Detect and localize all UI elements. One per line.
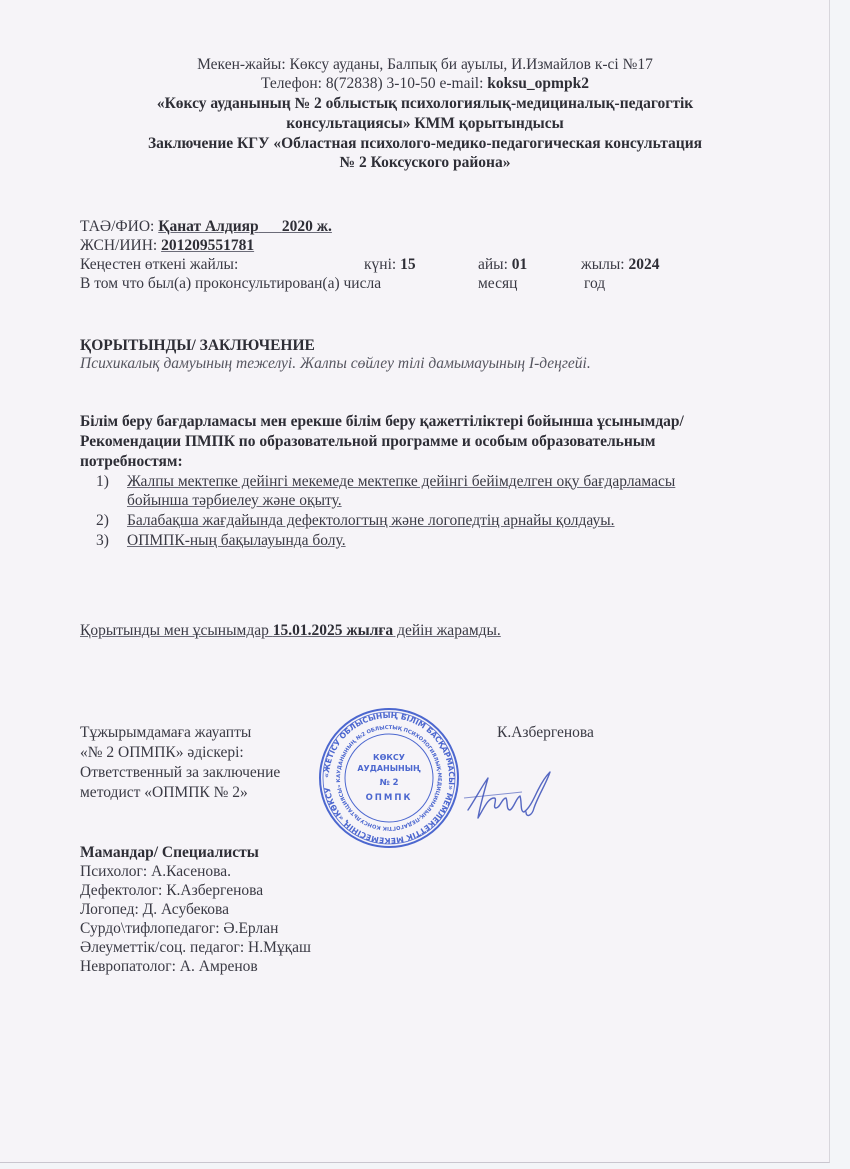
responsible-line4: методист «ОПМПК № 2» [80, 784, 248, 802]
patient-iin-row: ЖСН/ИИН: 201209551781 [80, 237, 254, 255]
consult-label-ru: В том что был(а) проконсультирован(а) чи… [80, 275, 381, 293]
conclusion-text: Психикалық дамуының тежелуі. Жалпы сөйле… [80, 355, 591, 373]
specialist-item: Әлеуметтік/соц. педагог: Н.Мұқаш [80, 939, 311, 957]
patient-iin-label: ЖСН/ИИН: [80, 237, 161, 254]
responsible-line3: Ответственный за заключение [80, 764, 280, 782]
patient-name-label: ТАӘ/ФИО: [80, 218, 158, 235]
header-email: koksu_opmpk2 [487, 75, 589, 92]
recommendations-heading-line3: потребностям: [80, 453, 183, 471]
validity-date: 15.01.2025 жылға [273, 622, 393, 639]
responsible-line2: «№ 2 ОПМПК» әдіскері: [80, 744, 244, 762]
document-page: Мекен-жайы: Көксу ауданы, Балпық би ауыл… [0, 0, 830, 1163]
specialist-item: Сурдо\тифлопедагог: Ә.Ерлан [80, 920, 278, 938]
stamp-center-line3: № 2 [379, 778, 398, 788]
signature-icon [462, 768, 562, 828]
recommendations-heading-line2: Рекомендации ПМПК по образовательной про… [80, 433, 655, 451]
consult-year: жылы: 2024 [581, 256, 659, 274]
recommendation-item-2: 2)Балабақша жағдайында дефектологтың жән… [96, 511, 615, 530]
patient-iin-value: 201209551781 [161, 237, 254, 254]
header-org-kz-line2: консультациясы» КММ қорытындысы [0, 114, 850, 133]
consult-month: айы: 01 [478, 256, 527, 274]
consult-year-ru: год [584, 275, 605, 293]
consult-day: күні: 15 [364, 256, 416, 274]
responsible-line1: Тұжырымдамаға жауапты [80, 724, 251, 742]
consult-label-kz: Кеңестен өткені жайлы: [80, 256, 238, 274]
recommendations-heading-line1: Білім беру бағдарламасы мен ерекше білім… [80, 413, 684, 431]
stamp-center-line2: АУДАНЫНЫҢ [357, 764, 421, 773]
patient-name-value: Қанат Алдияр 2020 ж. [158, 218, 332, 235]
specialist-item: Невропатолог: А. Амренов [80, 958, 258, 976]
recommendation-item-1: 1)Жалпы мектепке дейінгі мекемеде мектеп… [96, 472, 675, 491]
official-stamp: «ЖЕТІСУ ОБЛЫСЫНЫҢ БІЛІМ БАСҚАРМАСЫ» МЕМЛ… [318, 707, 460, 849]
stamp-center-line4: ОПМПК [366, 793, 413, 803]
header-contacts: Телефон: 8(72838) 3-10-50 e-mail: koksu_… [0, 74, 850, 93]
header-org-kz-line1: «Көксу ауданының № 2 облыстық психология… [0, 94, 850, 113]
specialists-heading: Мамандар/ Специалисты [80, 844, 259, 862]
recommendation-item-3: 3)ОПМПК-ның бақылауында болу. [96, 531, 346, 550]
conclusion-heading: ҚОРЫТЫНДЫ/ ЗАКЛЮЧЕНИЕ [80, 337, 315, 355]
signer-name: К.Азбергенова [497, 724, 594, 742]
recommendation-item-1-cont: бойынша тәрбиелеу және оқыту. [127, 491, 342, 510]
header-address: Мекен-жайы: Көксу ауданы, Балпық би ауыл… [0, 55, 850, 74]
patient-birth-year: 2020 ж. [282, 218, 332, 235]
specialist-item: Логопед: Д. Асубекова [80, 901, 229, 919]
header-org-ru-line2: № 2 Коксуского района» [0, 153, 850, 172]
header-phone: Телефон: 8(72838) 3-10-50 e-mail: [261, 75, 487, 92]
header-org-ru-line1: Заключение КГУ «Областная психолого-меди… [0, 134, 850, 153]
validity-statement: Қорытынды мен ұсынымдар 15.01.2025 жылға… [80, 622, 501, 640]
specialist-item: Дефектолог: К.Азбергенова [80, 882, 263, 900]
specialist-item: Психолог: А.Касенова. [80, 863, 231, 881]
stamp-center-line1: КӨКСУ [373, 753, 405, 762]
patient-name-row: ТАӘ/ФИО: Қанат Алдияр 2020 ж. [80, 218, 332, 236]
consult-month-ru: месяц [478, 275, 517, 293]
